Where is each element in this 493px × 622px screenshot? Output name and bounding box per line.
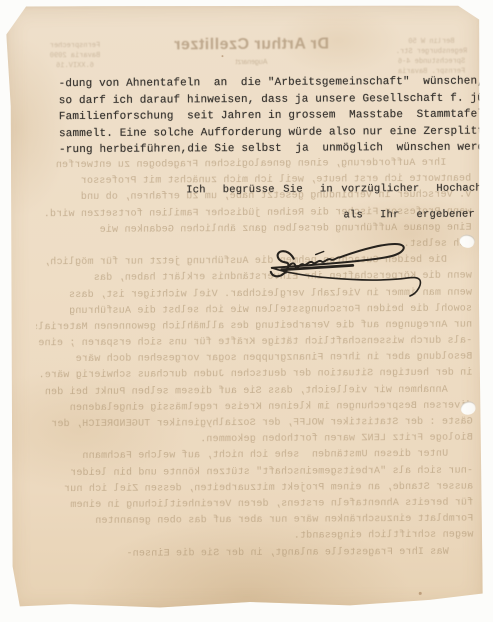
typed-line: -rung herbeiführen,die Sie selbst ja unm… <box>59 140 477 159</box>
punch-hole <box>460 400 477 415</box>
typed-line: Familienforschung seit Jahren in grossem… <box>59 107 477 126</box>
foxing-speck <box>419 592 422 595</box>
scanned-letter: { "document": { "kind": "Typewritten Ger… <box>0 0 493 622</box>
bleedthrough-letterhead-subline: Augenarzt <box>196 59 306 67</box>
foxing-speck <box>221 55 223 57</box>
typed-line: -dung von Ahnentafeln an die "Arbeitsgem… <box>59 74 477 93</box>
bleedthrough-topright-block: Berlin W 50 Regensburger Str. Sprechstun… <box>390 37 472 78</box>
bleedthrough-letterhead: Dr Arthur Czellitzer <box>156 35 346 54</box>
signature-ink <box>258 232 433 305</box>
letter-paper: Dr Arthur Czellitzer Augenarzt Fernsprec… <box>6 4 484 611</box>
signoff-line: als Ihr ergebener <box>343 209 475 222</box>
bleedthrough-line: wegen schriftlich eingesandt. <box>37 528 473 547</box>
signature-autograph <box>258 232 433 305</box>
closing-line: Ich begrüsse Sie in vorzüglicher Hochach… <box>186 182 493 196</box>
letter-paragraph: -dung von Ahnentafeln an die "Arbeitsgem… <box>59 74 477 159</box>
bleedthrough-line: Was Ihre Fragestelle anlangt, in der Sie… <box>37 544 473 563</box>
bleedthrough-topleft-block: Fernsprecher Bavaria 2090 6.XXIV.16 <box>32 41 117 72</box>
